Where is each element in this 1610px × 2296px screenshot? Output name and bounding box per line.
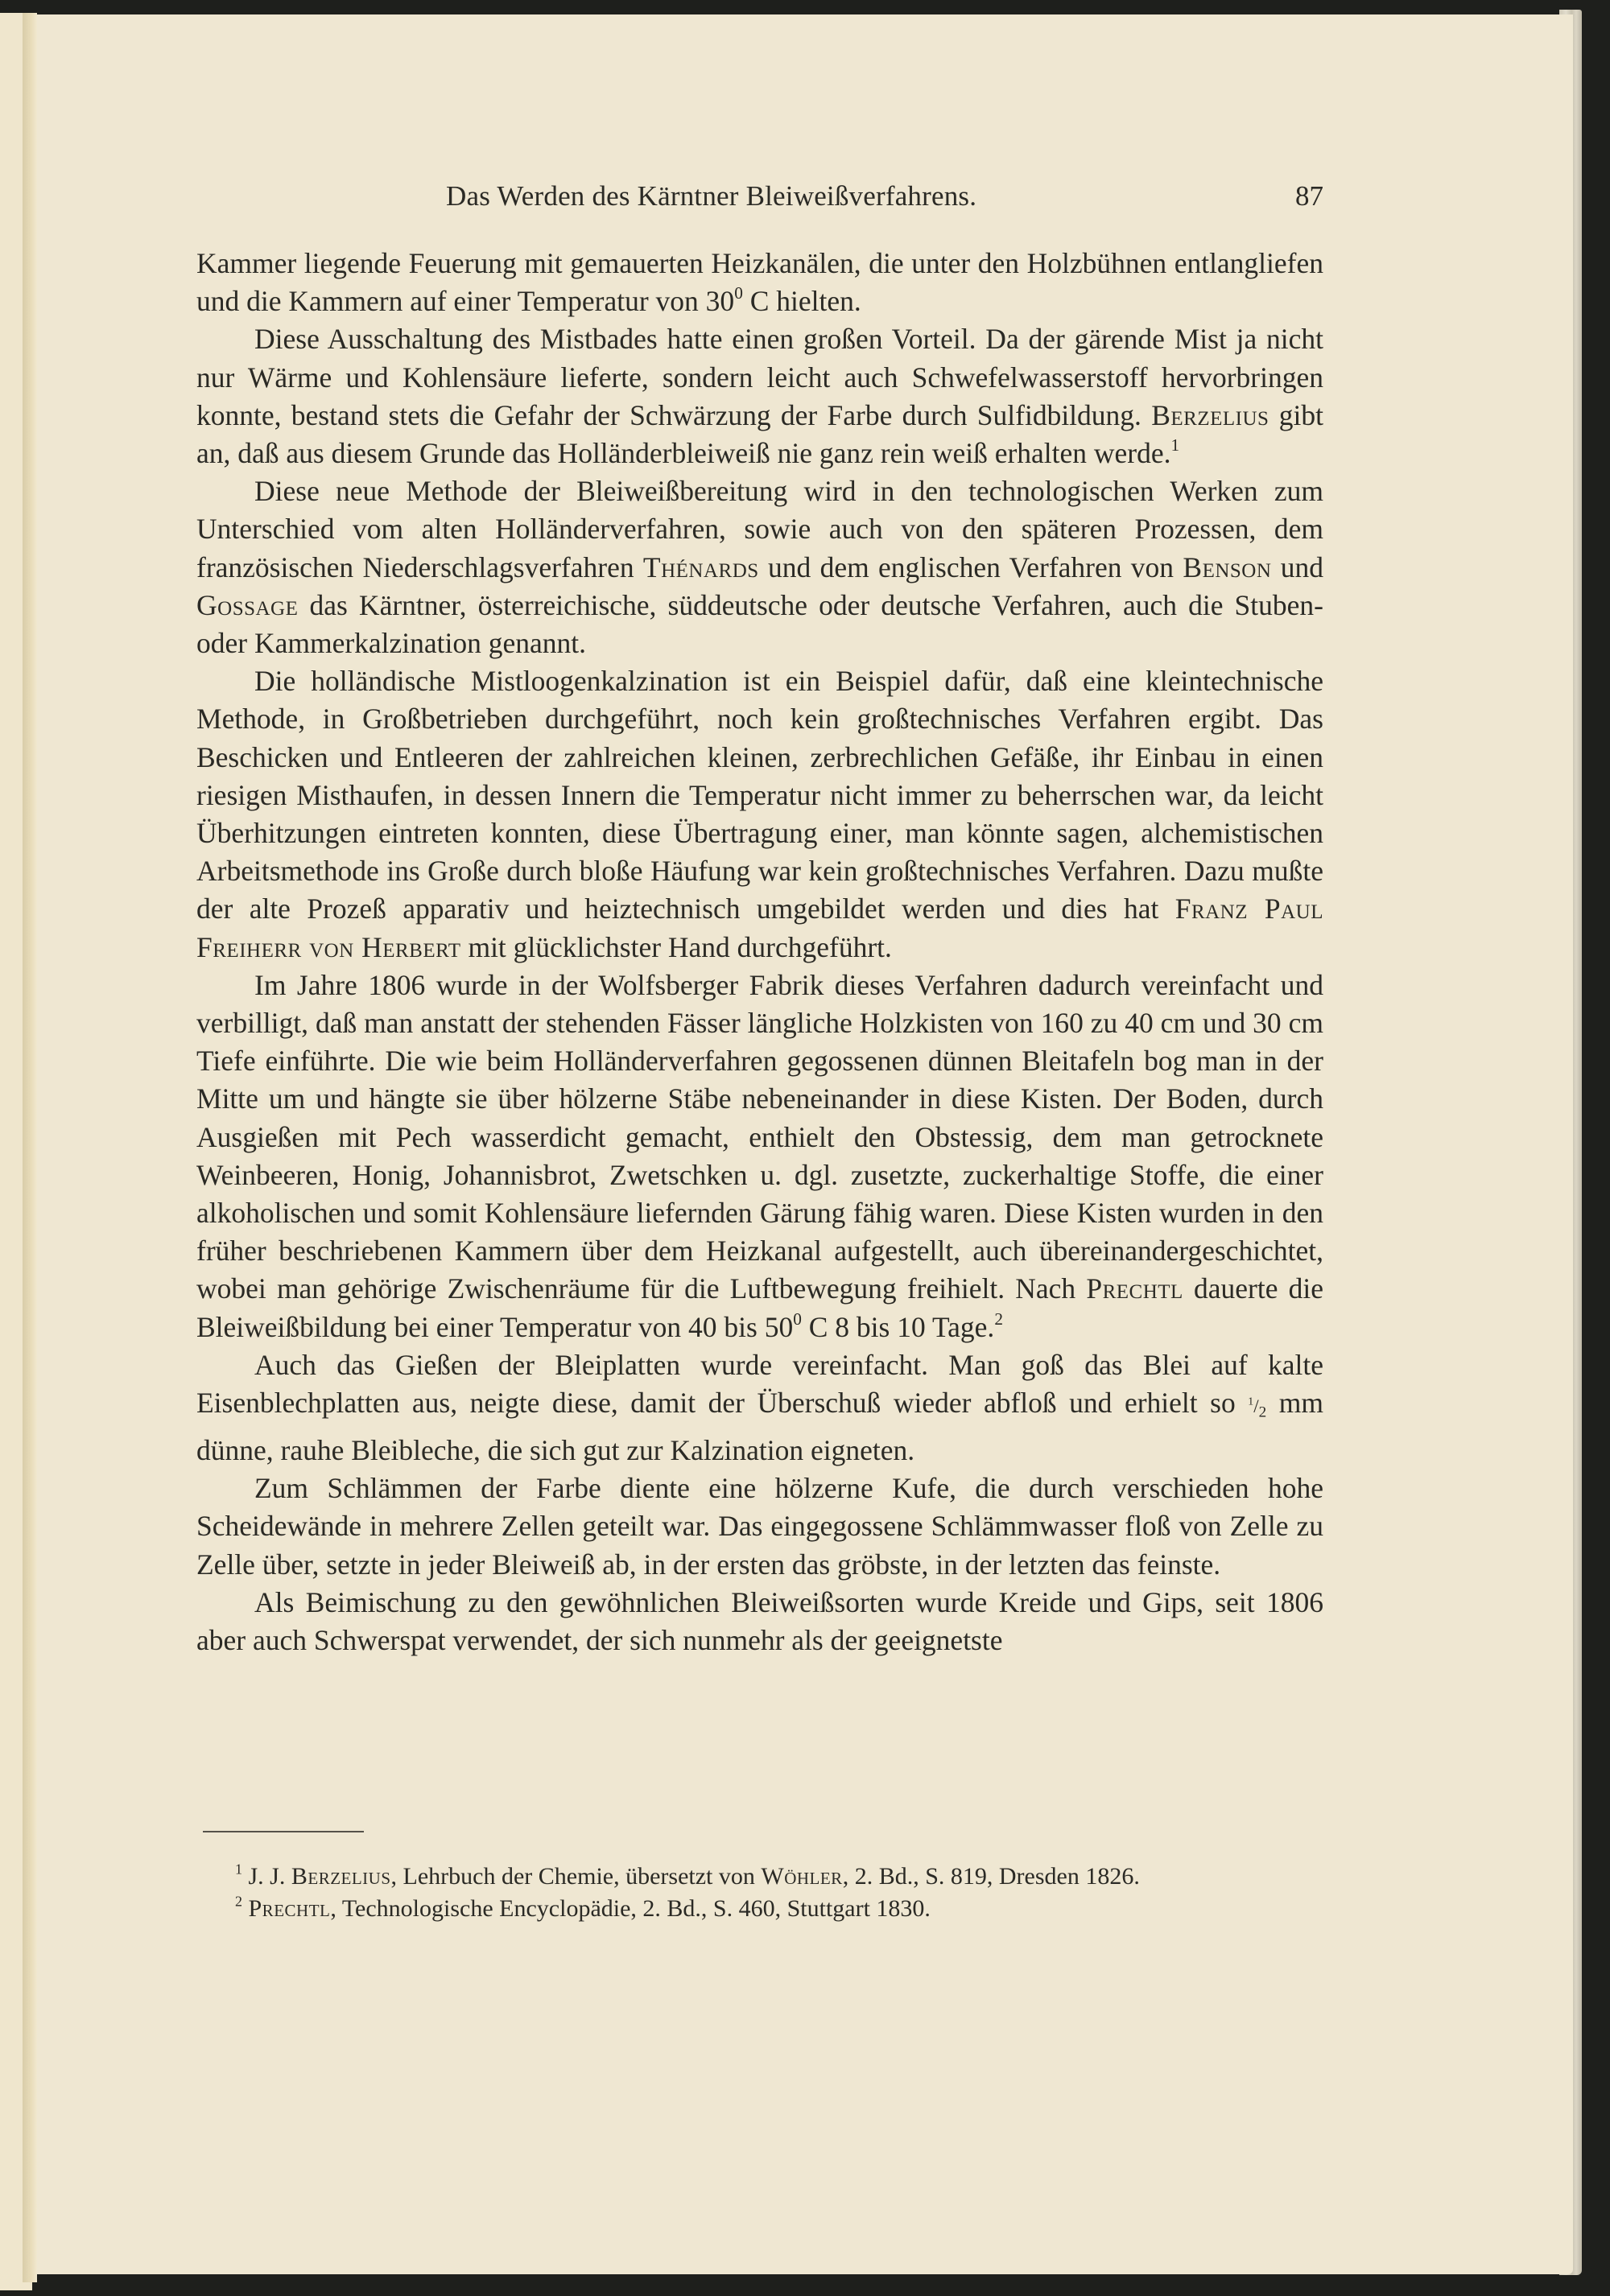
author-name: Benson (1183, 551, 1271, 583)
footnotes: 1 J. J. Berzelius, Lehrbuch der Chemie, … (196, 1861, 1323, 1925)
author-name: Prechtl (249, 1895, 331, 1922)
paragraph: Auch das Gießen der Bleiplatten wurde ve… (196, 1346, 1323, 1470)
author-name: Berzelius (1151, 399, 1269, 431)
text-run (242, 1895, 249, 1922)
page-number: 87 (1295, 179, 1323, 214)
author-name: Thénards (643, 551, 759, 583)
text-run: das Kärntner, österreichische, süddeutsc… (196, 589, 1323, 659)
superscript: 1 (1170, 435, 1179, 455)
text-run: mit glücklichster Hand durchgeführt. (461, 931, 892, 963)
text-run: Als Beimischung zu den gewöhnlichen Blei… (196, 1586, 1323, 1656)
author-name: Wöhler (761, 1863, 842, 1890)
text-run: , Technologische Encyclopädie, 2. Bd., S… (330, 1895, 931, 1922)
superscript: 2 (994, 1309, 1003, 1329)
paragraph: Diese Ausschaltung des Mistbades hatte e… (196, 320, 1323, 472)
footnote-rule (203, 1831, 364, 1832)
text-run: Die holländische Mistloogenkalzination i… (196, 665, 1323, 925)
text-run: und dem englischen Verfahren von (759, 551, 1183, 583)
text-run: , 2. Bd., S. 819, Dresden 1826. (843, 1863, 1140, 1890)
author-name: Gossage (196, 589, 298, 621)
author-name: Berzelius (291, 1863, 391, 1890)
text-run: und (1271, 551, 1323, 583)
text-run: Auch das Gießen der Bleiplatten wurde ve… (196, 1349, 1323, 1419)
paragraph: Kammer liegende Feuerung mit gemauerten … (196, 245, 1323, 320)
footnote: 1 J. J. Berzelius, Lehrbuch der Chemie, … (196, 1861, 1323, 1893)
text-run: , Lehrbuch der Chemie, übersetzt von (391, 1863, 762, 1890)
text-run: Zum Schlämmen der Farbe diente eine hölz… (196, 1472, 1323, 1580)
body-text: Kammer liegende Feuerung mit gemauerten … (196, 245, 1323, 1659)
footnote: 2 Prechtl, Technologische Encyclopädie, … (196, 1893, 1323, 1925)
text-run: J. J. (242, 1863, 291, 1890)
paragraph: Diese neue Methode der Bleiweißbereitung… (196, 472, 1323, 662)
paragraph: Als Beimischung zu den gewöhnlichen Blei… (196, 1584, 1323, 1659)
text-run: C 8 bis 10 Tage. (802, 1311, 994, 1343)
footnote-marker: 2 (235, 1893, 242, 1909)
paragraph: Zum Schlämmen der Farbe diente eine hölz… (196, 1470, 1323, 1584)
superscript: 0 (793, 1309, 802, 1329)
fraction: 1/2 (1248, 1395, 1266, 1416)
running-title: Das Werden des Kärntner Bleiweißverfahre… (446, 179, 976, 214)
paragraph: Die holländische Mistloogenkalzination i… (196, 662, 1323, 967)
text-run: C hielten. (743, 285, 861, 317)
author-name: Prechtl (1086, 1272, 1183, 1305)
text-run: Im Jahre 1806 wurde in der Wolfsberger F… (196, 969, 1323, 1305)
footnote-marker: 1 (235, 1861, 242, 1877)
paragraph: Im Jahre 1806 wurde in der Wolfsberger F… (196, 967, 1323, 1346)
superscript: 0 (734, 283, 743, 303)
running-head: Das Werden des Kärntner Bleiweißverfahre… (196, 179, 1323, 214)
book-gutter (23, 13, 37, 2282)
